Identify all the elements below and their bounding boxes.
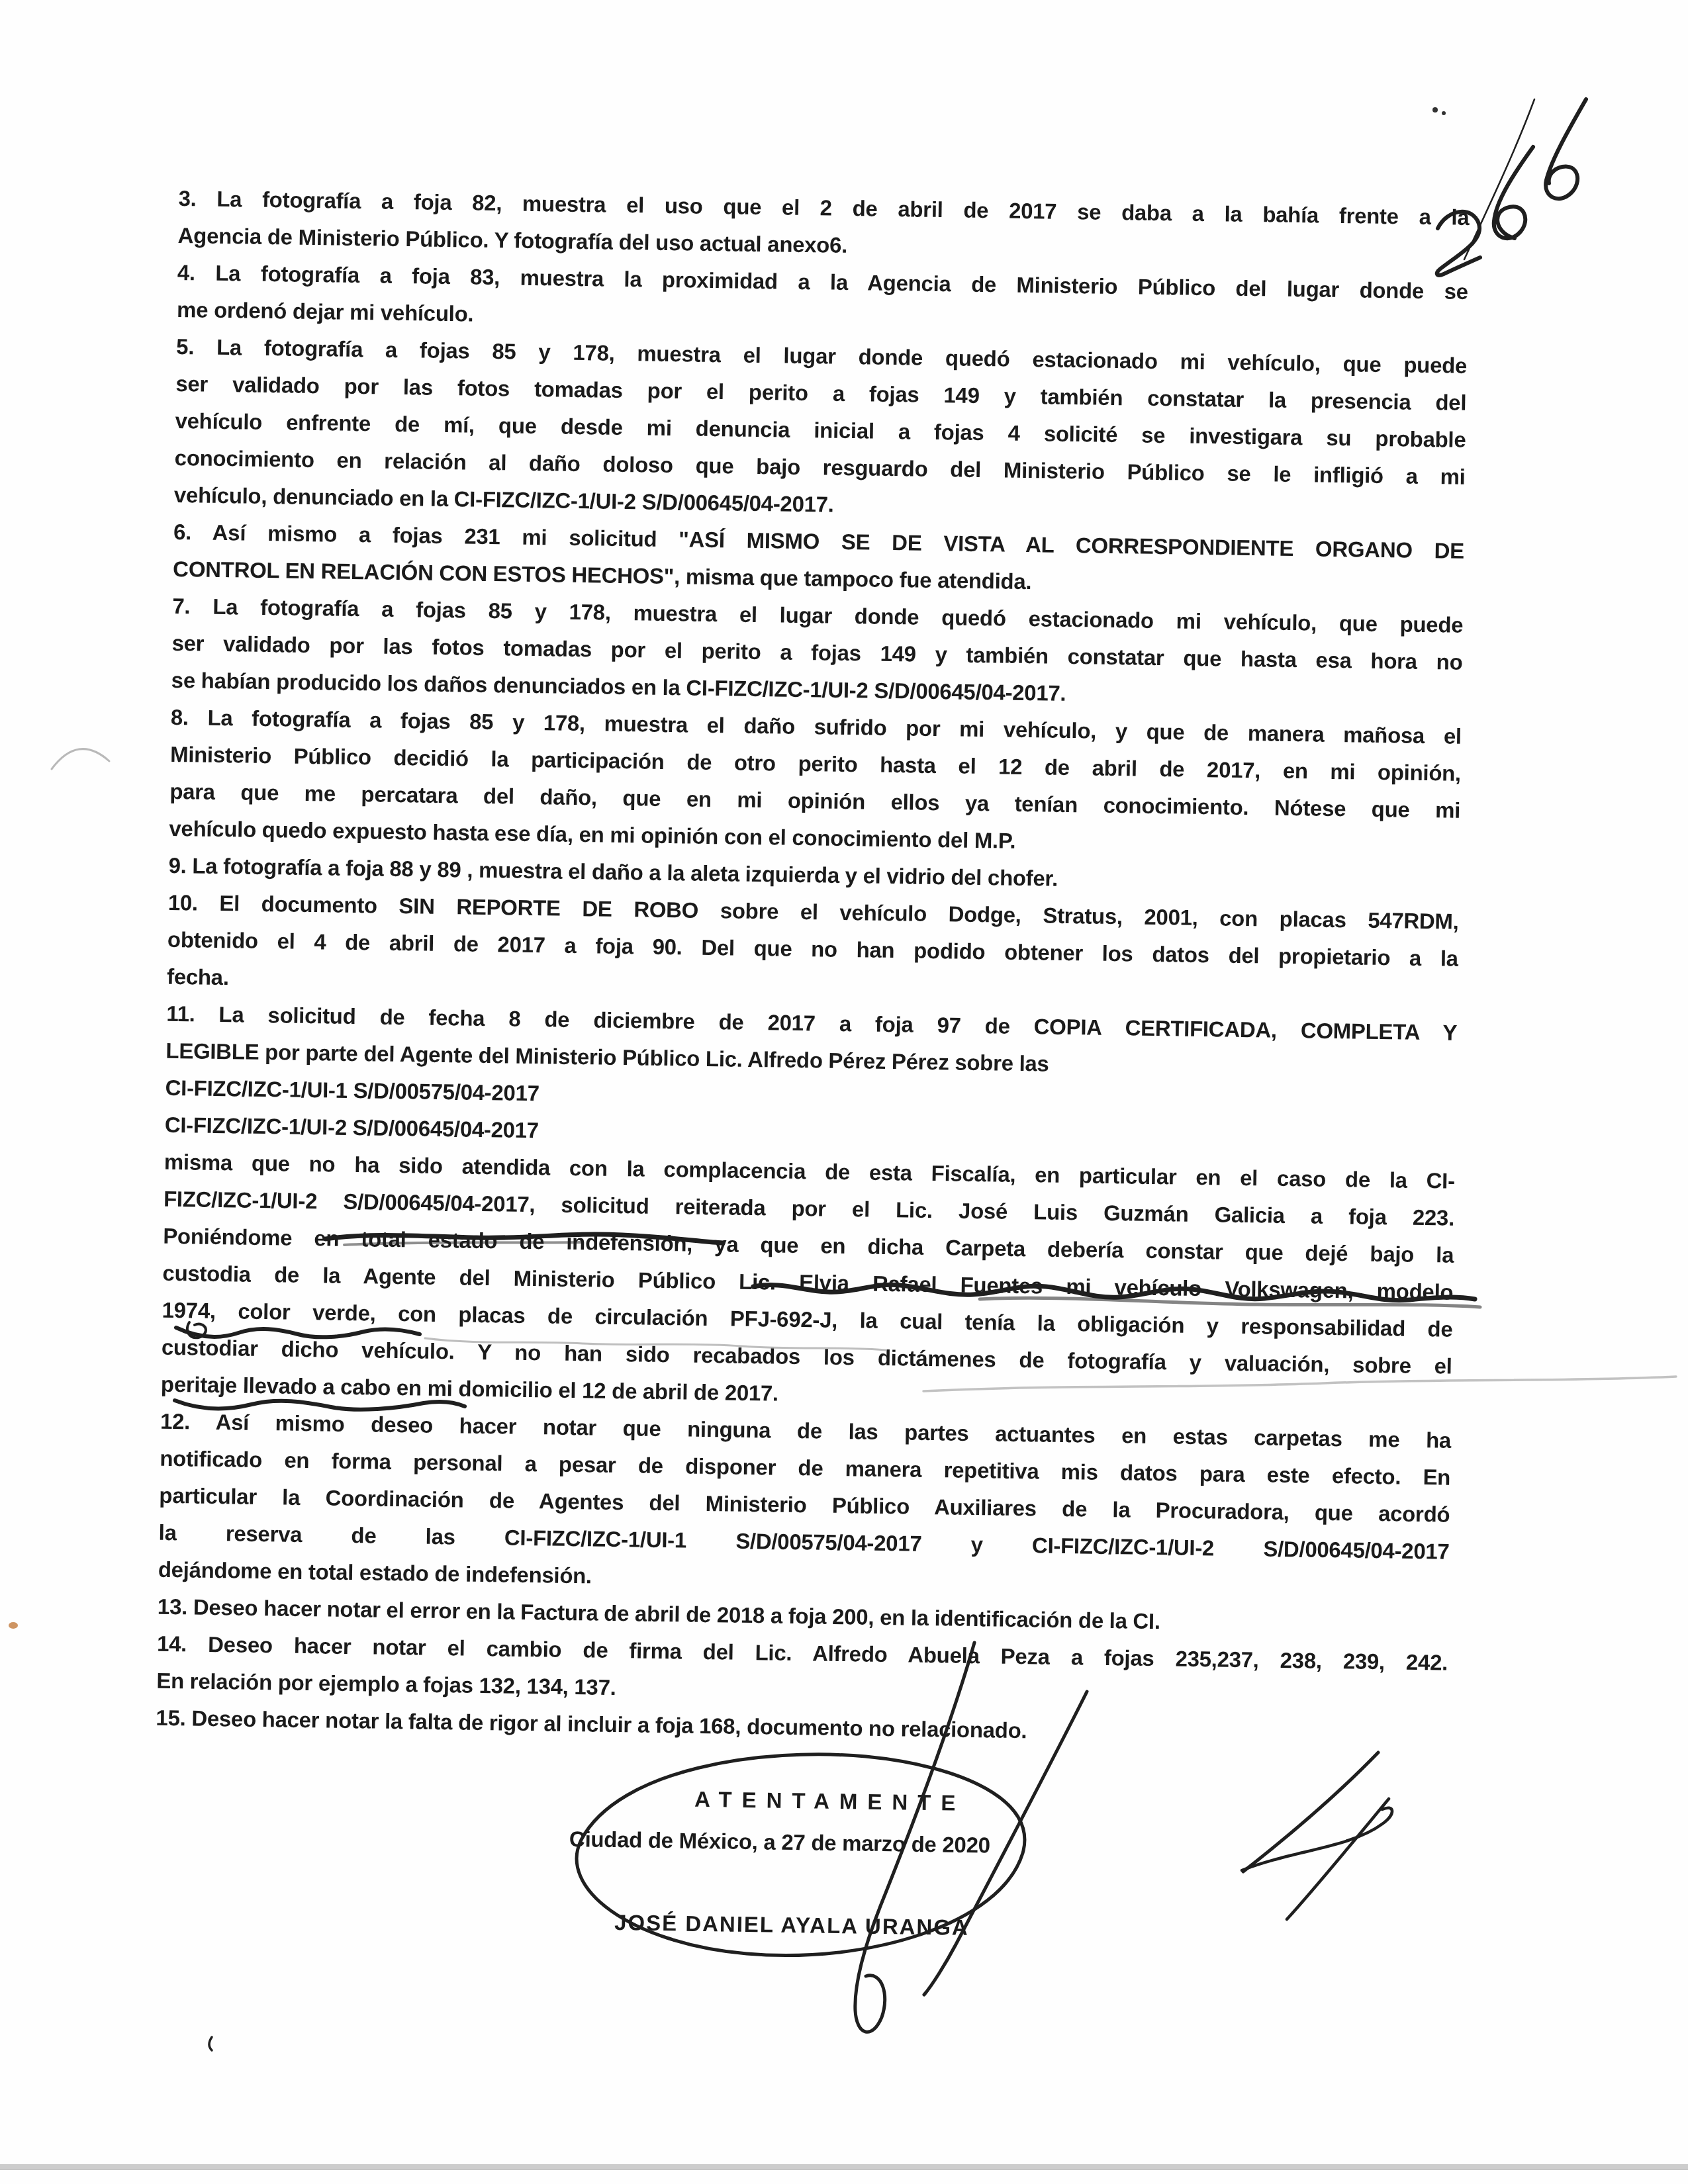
- numbered-item-8: 8. La fotografía a fojas 85 y 178, muest…: [169, 699, 1462, 866]
- closing-block: ATENTAMENTE Ciudad de México, a 27 de ma…: [153, 1773, 1446, 1954]
- numbered-item-11: 11. La solicitud de fecha 8 de diciembre…: [161, 995, 1458, 1422]
- digit-6-stroke: [1546, 99, 1586, 199]
- digit-8-stroke: [1494, 147, 1533, 238]
- numbered-item-12: 12. Así mismo deseo hacer notar que ning…: [158, 1403, 1451, 1608]
- orange-speck: [9, 1622, 18, 1629]
- pen-dot: [1432, 107, 1438, 113]
- document-body: 3. La fotografía a foja 82, muestra el u…: [153, 180, 1470, 1954]
- digit-8-upstroke: [1464, 99, 1534, 259]
- scanned-document-page: 3. La fotografía a foja 82, muestra el u…: [0, 0, 1688, 2184]
- pen-dot: [1442, 111, 1446, 115]
- numbered-item-5: 5. La fotografía a fojas 85 y 178, muest…: [174, 328, 1468, 533]
- scanner-edge-strip-shadow: [0, 2169, 1688, 2170]
- signatory-name: JOSÉ DANIEL AYALA URANGA: [146, 1897, 1438, 1954]
- scanner-edge-strip: [0, 2164, 1688, 2169]
- small-tick-bottom-left: [209, 2037, 212, 2050]
- left-margin-arc: [52, 749, 109, 769]
- numbered-item-10: 10. El documento SIN REPORTE DE ROBO sob…: [167, 884, 1459, 1015]
- numbered-item-7: 7. La fotografía a fojas 85 y 178, muest…: [171, 588, 1463, 718]
